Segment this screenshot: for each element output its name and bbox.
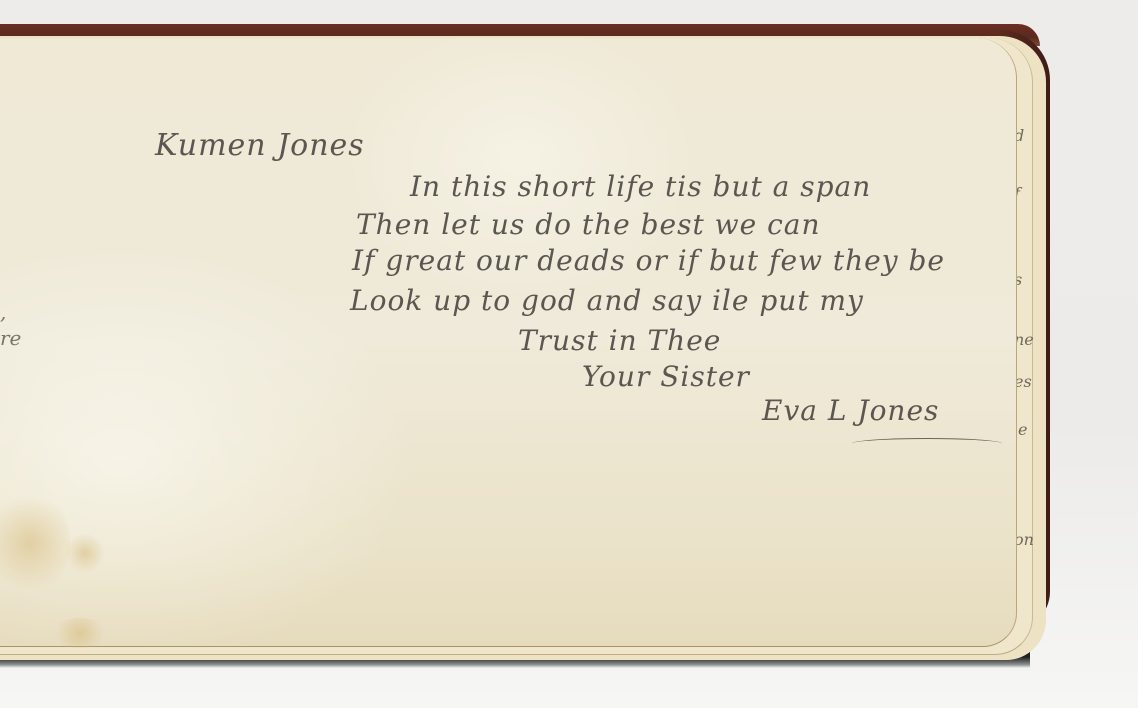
edge-fragment: e (1018, 420, 1027, 439)
left-page-fragment: , (0, 300, 6, 324)
verse-line-3: If great our deads or if but few they be (352, 244, 945, 277)
addressee-name: Kumen Jones (155, 128, 365, 163)
signature-flourish (852, 438, 1002, 449)
foxing-stain (0, 488, 70, 598)
album-page: , re (0, 38, 1017, 647)
closing-line: Your Sister (582, 360, 750, 393)
foxing-stain (50, 618, 110, 648)
foxing-stain (65, 533, 105, 573)
signature: Eva L Jones (762, 394, 939, 427)
verse-line-4: Look up to god and say ile put my (350, 284, 864, 317)
verse-line-1: In this short life tis but a span (410, 170, 871, 203)
left-page-fragment: re (0, 326, 21, 350)
verse-line-2: Then let us do the best we can (356, 208, 821, 241)
verse-line-5: Trust in Thee (518, 324, 721, 357)
